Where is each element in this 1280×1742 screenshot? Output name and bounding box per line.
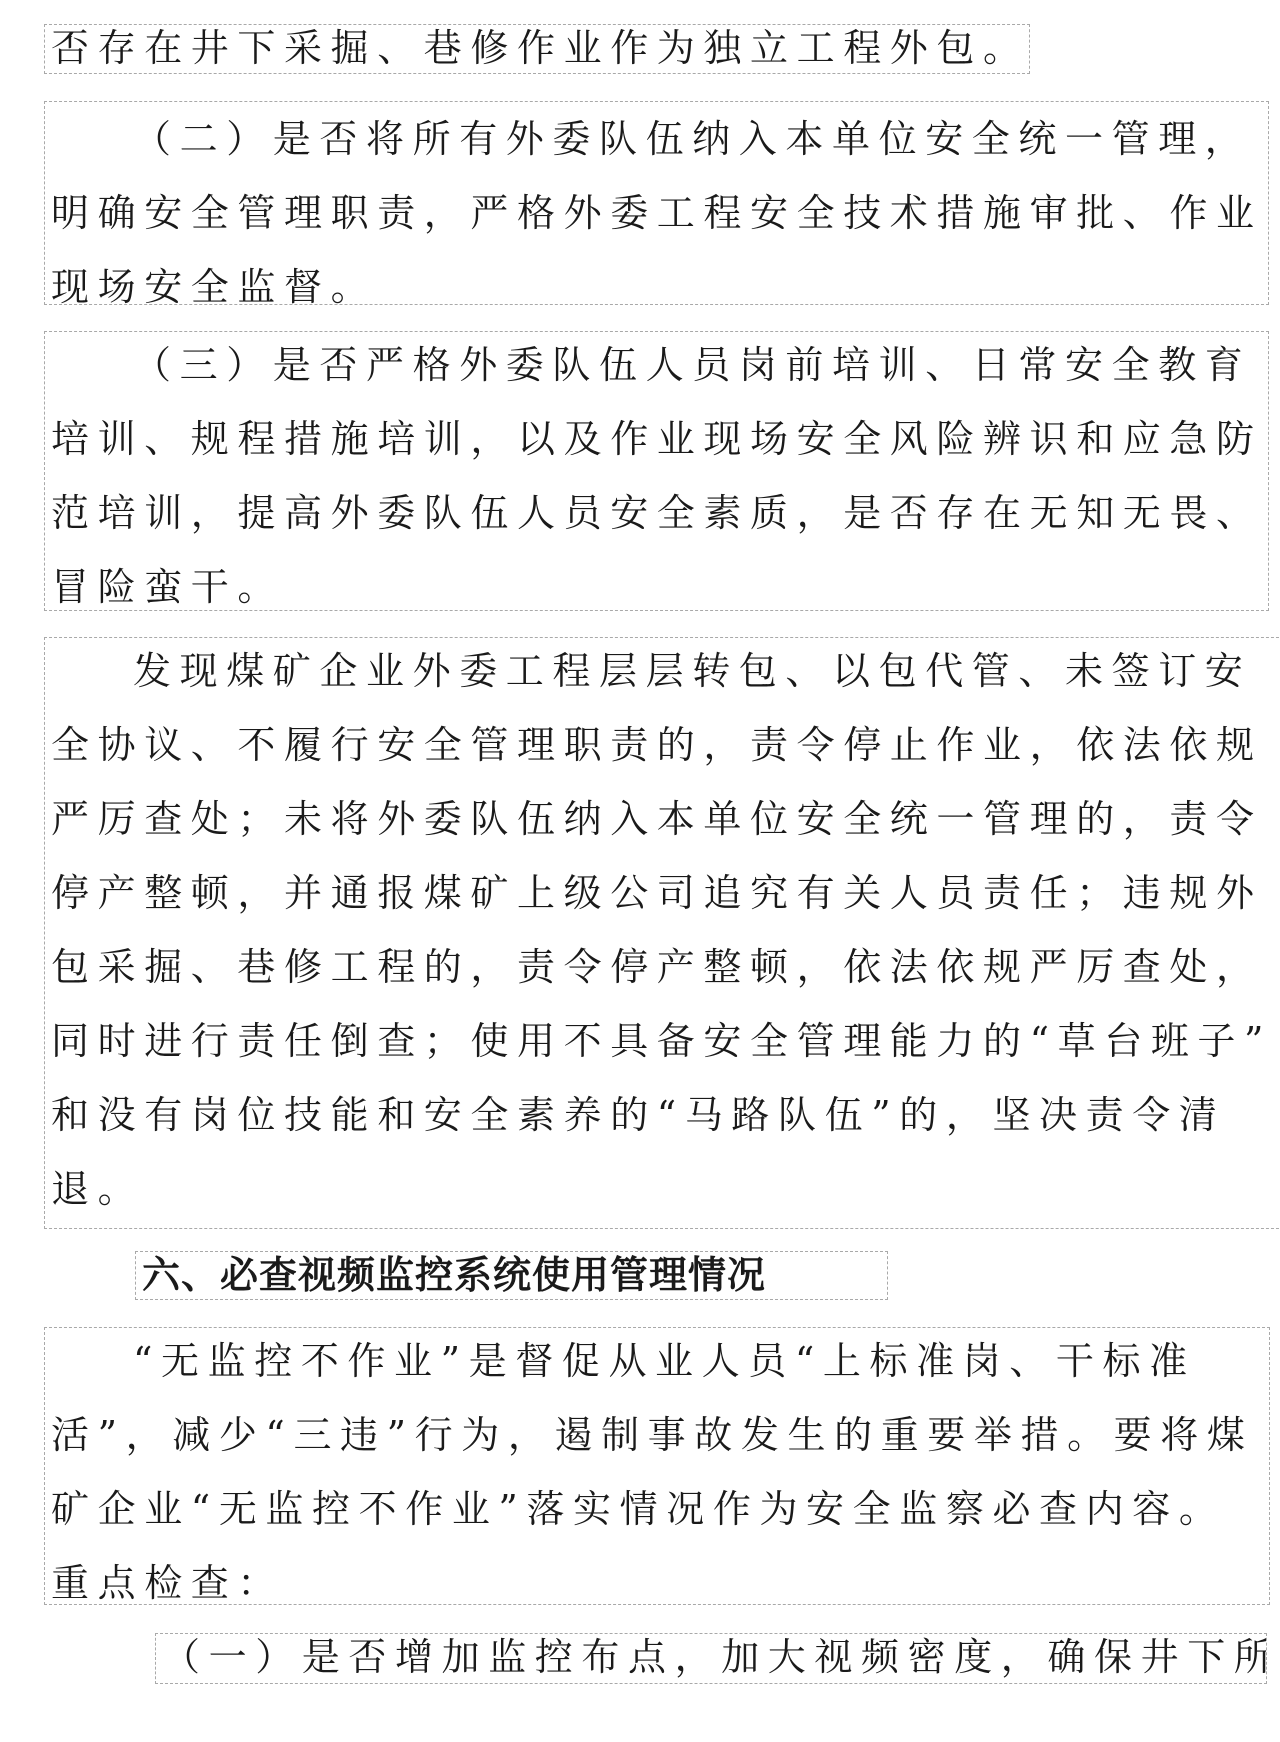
text-line: 冒险蛮干。 <box>45 550 1268 611</box>
text-line: 明确安全管理职责，严格外委工程安全技术措施审批、作业 <box>45 176 1268 250</box>
text-line: 现场安全监督。 <box>45 250 1268 305</box>
text-line: 活”，减少“三违”行为，遏制事故发生的重要举措。要将煤 <box>45 1398 1269 1472</box>
text-line: 退。 <box>45 1152 1280 1226</box>
text-line: 发现煤矿企业外委工程层层转包、以包代管、未签订安 <box>45 637 1280 708</box>
text-block-item-1: （一）是否增加监控布点，加大视频密度，确保井下所 <box>155 1633 1267 1684</box>
text-line: 否存在井下采掘、巷修作业作为独立工程外包。 <box>45 25 1029 72</box>
text-line: 包采掘、巷修工程的，责令停产整顿，依法依规严厉查处， <box>45 930 1280 1004</box>
text-line: 同时进行责任倒查；使用不具备安全管理能力的“草台班子” <box>45 1004 1280 1078</box>
section-heading-6: 六、必查视频监控系统使用管理情况 <box>135 1251 888 1300</box>
text-line: 范培训，提高外委队伍人员安全素质，是否存在无知无畏、 <box>45 476 1268 550</box>
text-line: （二）是否将所有外委队伍纳入本单位安全统一管理， <box>45 102 1268 176</box>
text-block-continuation: 否存在井下采掘、巷修作业作为独立工程外包。 <box>44 24 1030 74</box>
text-line: 重点检查： <box>45 1546 1269 1605</box>
text-line: 严厉查处；未将外委队伍纳入本单位安全统一管理的，责令 <box>45 782 1280 856</box>
text-line: 培训、规程措施培训，以及作业现场安全风险辨识和应急防 <box>45 402 1268 476</box>
heading-text: 六、必查视频监控系统使用管理情况 <box>136 1252 887 1298</box>
text-line: 停产整顿，并通报煤矿上级公司追究有关人员责任；违规外 <box>45 856 1280 930</box>
text-line: “无监控不作业”是督促从业人员“上标准岗、干标准 <box>45 1327 1269 1398</box>
text-line: 全协议、不履行安全管理职责的，责令停止作业，依法依规 <box>45 708 1280 782</box>
text-block-video-monitoring: “无监控不作业”是督促从业人员“上标准岗、干标准 活”，减少“三违”行为，遏制事… <box>44 1327 1270 1605</box>
text-block-item-3: （三）是否严格外委队伍人员岗前培训、日常安全教育 培训、规程措施培训，以及作业现… <box>44 331 1269 611</box>
text-block-penalties: 发现煤矿企业外委工程层层转包、以包代管、未签订安 全协议、不履行安全管理职责的，… <box>44 637 1280 1229</box>
text-line: 矿企业“无监控不作业”落实情况作为安全监察必查内容。 <box>45 1472 1269 1546</box>
text-line: （一）是否增加监控布点，加大视频密度，确保井下所 <box>156 1634 1266 1681</box>
text-block-item-2: （二）是否将所有外委队伍纳入本单位安全统一管理， 明确安全管理职责，严格外委工程… <box>44 101 1269 305</box>
text-line: 和没有岗位技能和安全素养的“马路队伍”的，坚决责令清 <box>45 1078 1280 1152</box>
text-line: （三）是否严格外委队伍人员岗前培训、日常安全教育 <box>45 331 1268 402</box>
